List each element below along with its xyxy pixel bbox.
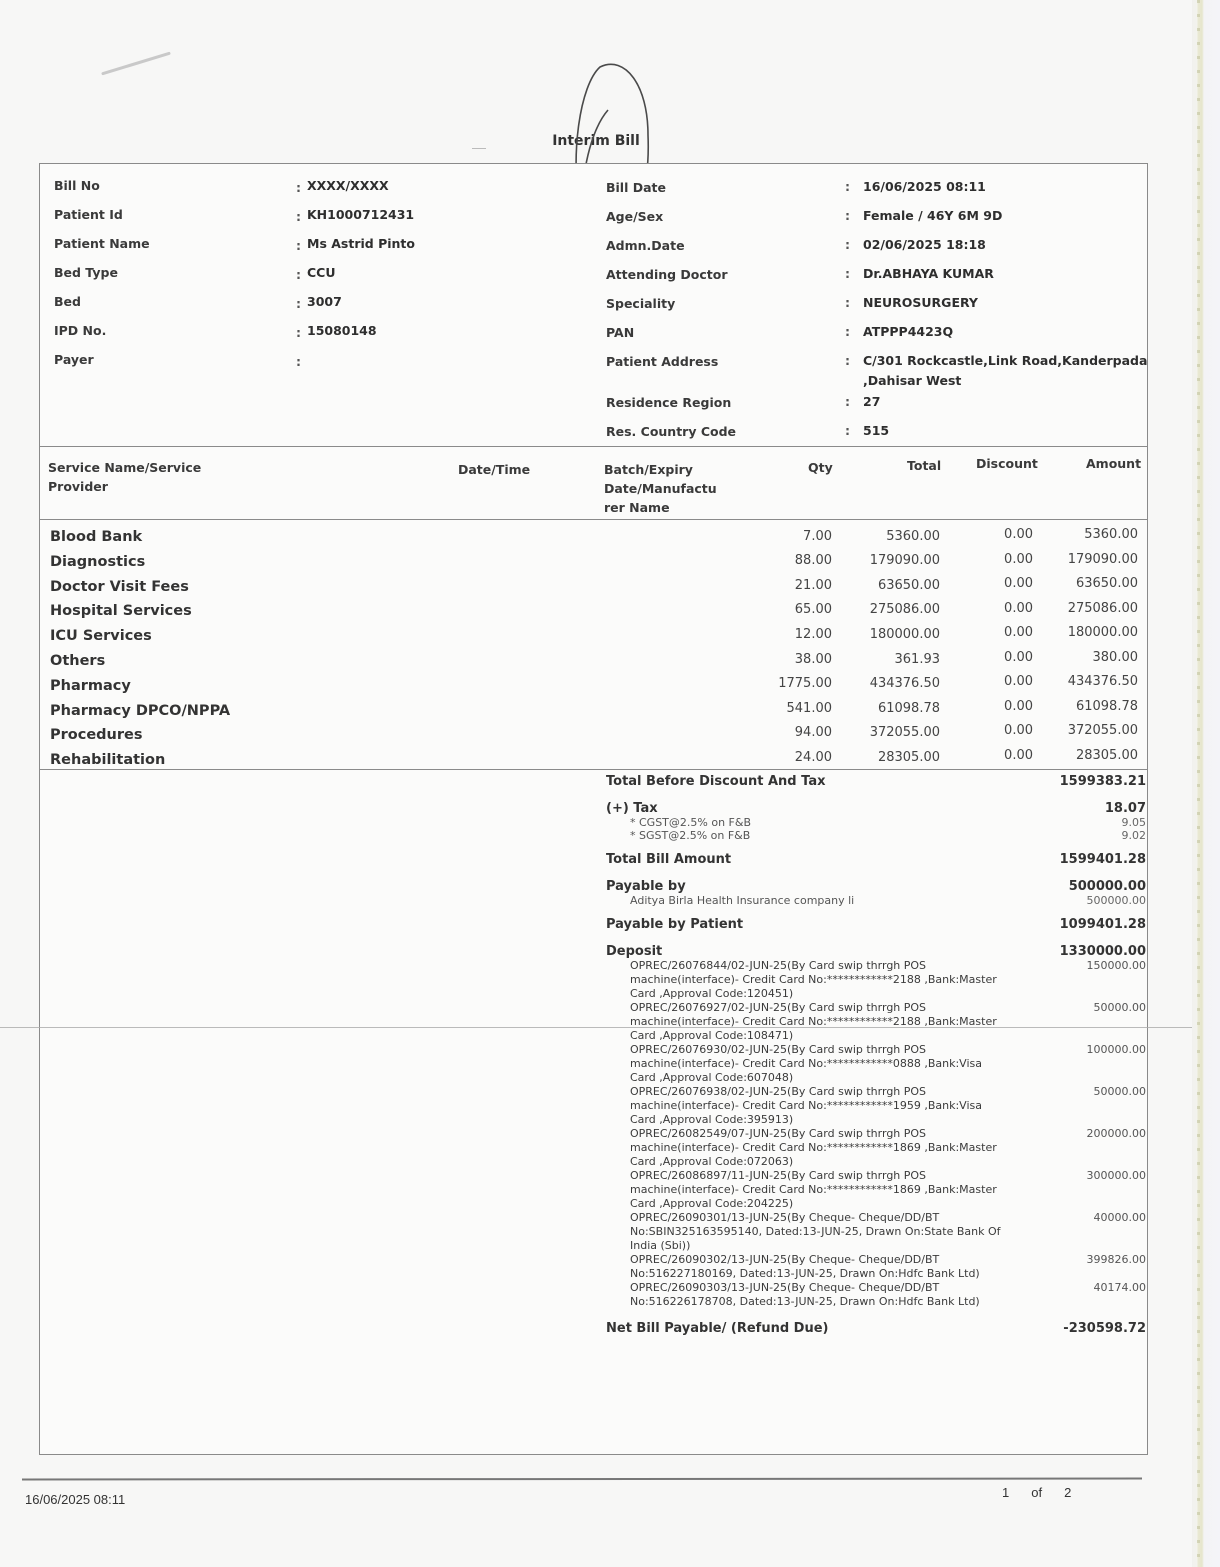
info-colon: : — [296, 267, 301, 282]
cell-qty: 7.00 — [803, 529, 832, 544]
info-colon: : — [845, 423, 850, 438]
info-colon: : — [296, 238, 301, 253]
info-value: XXXX/XXXX — [307, 178, 389, 193]
cell-amount: 28305.00 — [1076, 748, 1138, 763]
info-value: ATPPP4423Q — [863, 322, 953, 342]
table-row: Doctor Visit Fees21.0063650.000.0063650.… — [40, 577, 1147, 602]
cell-qty: 24.00 — [795, 750, 832, 765]
info-value: KH1000712431 — [307, 207, 414, 222]
page-indicator: 1of2 — [1002, 1485, 1071, 1500]
cell-total: 28305.00 — [878, 750, 940, 765]
info-label: Bill Date — [606, 180, 666, 195]
cell-total: 5360.00 — [886, 529, 940, 544]
info-label: Residence Region — [606, 395, 731, 410]
page-of: of — [1031, 1485, 1042, 1500]
cell-total: 434376.50 — [870, 676, 940, 691]
cell-discount: 0.00 — [1004, 576, 1033, 591]
table-row: Pharmacy1775.00434376.500.00434376.50 — [40, 676, 1147, 701]
info-value: 15080148 — [307, 323, 377, 338]
cell-discount: 0.00 — [1004, 748, 1033, 763]
cell-qty: 38.00 — [795, 652, 832, 667]
deposit-receipt: OPREC/26090303/13-JUN-25(By Cheque- Cheq… — [606, 1281, 1010, 1309]
col-discount: Discount — [976, 454, 1038, 473]
service-name: Blood Bank — [50, 529, 142, 545]
info-colon: : — [845, 324, 850, 339]
tax-line: * SGST@2.5% on F&B9.02 — [606, 829, 1146, 842]
table-row: Others38.00361.930.00380.00 — [40, 651, 1147, 676]
service-table: Blood Bank7.005360.000.005360.00Diagnost… — [40, 519, 1147, 770]
info-label: Admn.Date — [606, 238, 685, 253]
bill-summary: Total Before Discount And Tax1599383.21(… — [606, 774, 1146, 1336]
deposit-amount: 300000.00 — [1039, 1169, 1146, 1183]
payer-line: Aditya Birla Health Insurance company li… — [606, 894, 1146, 907]
info-colon: : — [296, 325, 301, 340]
cell-amount: 275086.00 — [1068, 601, 1138, 616]
cell-discount: 0.00 — [1004, 674, 1033, 689]
cell-discount: 0.00 — [1004, 552, 1033, 567]
info-colon: : — [845, 266, 850, 281]
cell-qty: 12.00 — [795, 627, 832, 642]
printed-timestamp: 16/06/2025 08:11 — [25, 1492, 125, 1507]
info-colon: : — [296, 180, 301, 195]
cell-discount: 0.00 — [1004, 601, 1033, 616]
cell-discount: 0.00 — [1004, 625, 1033, 640]
cell-total: 61098.78 — [878, 701, 940, 716]
deposit-amount: 100000.00 — [1039, 1043, 1146, 1057]
tax-total-value: 18.07 — [1105, 801, 1146, 816]
cell-total: 180000.00 — [870, 627, 940, 642]
cell-qty: 21.00 — [795, 578, 832, 593]
col-amount: Amount — [1086, 454, 1141, 473]
deposit-amount: 50000.00 — [1039, 1085, 1146, 1099]
info-colon: : — [845, 237, 850, 252]
info-colon: : — [845, 353, 850, 368]
col-datetime: Date/Time — [458, 460, 530, 479]
total-before-discount-label: Total Before Discount And Tax — [606, 774, 825, 789]
info-colon: : — [296, 354, 301, 369]
table-row: Diagnostics88.00179090.000.00179090.00 — [40, 552, 1147, 577]
cell-total: 179090.00 — [870, 553, 940, 568]
deposit-amount: 40174.00 — [1039, 1281, 1146, 1295]
payable-by-label: Payable by — [606, 879, 686, 894]
info-value: Female / 46Y 6M 9D — [863, 206, 1002, 226]
cell-discount: 0.00 — [1004, 699, 1033, 714]
tax-line: * CGST@2.5% on F&B9.05 — [606, 816, 1146, 829]
deposit-receipt: OPREC/26082549/07-JUN-25(By Card swip th… — [606, 1127, 1010, 1169]
table-row: Procedures94.00372055.000.00372055.00 — [40, 725, 1147, 750]
table-row: Rehabilitation24.0028305.000.0028305.00 — [40, 750, 1147, 775]
cell-amount: 380.00 — [1093, 650, 1139, 665]
service-name: Procedures — [50, 727, 143, 743]
deposit-receipt: OPREC/26090302/13-JUN-25(By Cheque- Cheq… — [606, 1253, 1010, 1281]
info-value: 27 — [863, 392, 880, 412]
deposit-receipt: OPREC/26086897/11-JUN-25(By Card swip th… — [606, 1169, 1010, 1211]
info-value: CCU — [307, 265, 336, 280]
fold-line — [0, 1027, 1192, 1028]
deposit-amount: 40000.00 — [1039, 1211, 1146, 1225]
info-colon: : — [845, 208, 850, 223]
info-label: Speciality — [606, 296, 675, 311]
service-name: Others — [50, 653, 105, 669]
info-value: 515 — [863, 421, 889, 441]
cell-total: 361.93 — [895, 652, 941, 667]
service-name: Hospital Services — [50, 603, 192, 619]
pen-mark — [101, 52, 171, 76]
info-value: 02/06/2025 18:18 — [863, 235, 986, 255]
deposit-receipt: OPREC/26076930/02-JUN-25(By Card swip th… — [606, 1043, 1010, 1085]
info-colon: : — [845, 394, 850, 409]
cell-amount: 61098.78 — [1076, 699, 1138, 714]
service-name: Diagnostics — [50, 554, 145, 570]
info-label: Patient Id — [54, 207, 123, 222]
total-before-discount-value: 1599383.21 — [1060, 774, 1146, 789]
service-name: Pharmacy DPCO/NPPA — [50, 703, 230, 719]
total-before-discount: Total Before Discount And Tax1599383.21 — [606, 774, 1146, 789]
service-name: Doctor Visit Fees — [50, 579, 189, 595]
info-value: NEUROSURGERY — [863, 293, 978, 313]
deposit-amount: 150000.00 — [1039, 959, 1146, 973]
cell-amount: 5360.00 — [1084, 527, 1138, 542]
net-bill-payable: Net Bill Payable/ (Refund Due)-230598.72 — [606, 1321, 1146, 1336]
deposit-total-label: Deposit — [606, 944, 662, 959]
bill-sheet: Bill No:XXXX/XXXXPatient Id:KH1000712431… — [39, 163, 1148, 1455]
info-value: Ms Astrid Pinto — [307, 236, 415, 251]
cell-amount: 63650.00 — [1076, 576, 1138, 591]
footer-divider — [22, 1478, 1142, 1480]
deposit-total-value: 1330000.00 — [1060, 944, 1146, 959]
cell-discount: 0.00 — [1004, 650, 1033, 665]
deposit-amount: 50000.00 — [1039, 1001, 1146, 1015]
payable-by-patient-label: Payable by Patient — [606, 917, 743, 932]
payable-by: Payable by500000.00 — [606, 879, 1146, 894]
cell-qty: 88.00 — [795, 553, 832, 568]
deposit-amount: 200000.00 — [1039, 1127, 1146, 1141]
table-row: Blood Bank7.005360.000.005360.00 — [40, 527, 1147, 552]
page-number: 1 — [1002, 1485, 1009, 1500]
cell-qty: 65.00 — [795, 602, 832, 617]
info-label: IPD No. — [54, 323, 106, 338]
info-label: Patient Name — [54, 236, 150, 251]
table-row: ICU Services12.00180000.000.00180000.00 — [40, 626, 1147, 651]
cell-discount: 0.00 — [1004, 527, 1033, 542]
deposit-amount: 399826.00 — [1039, 1253, 1146, 1267]
deposit-receipt: OPREC/26076938/02-JUN-25(By Card swip th… — [606, 1085, 1010, 1127]
info-value: 3007 — [307, 294, 342, 309]
col-batch: Batch/ExpiryDate/Manufacturer Name — [604, 460, 717, 517]
patient-info-section: Bill No:XXXX/XXXXPatient Id:KH1000712431… — [40, 164, 1147, 447]
tax-total-label: (+) Tax — [606, 801, 658, 816]
info-colon: : — [845, 179, 850, 194]
info-label: PAN — [606, 325, 634, 340]
info-label: Bed — [54, 294, 81, 309]
cell-amount: 372055.00 — [1068, 723, 1138, 738]
payable-by-patient-value: 1099401.28 — [1060, 917, 1146, 932]
cell-amount: 179090.00 — [1068, 552, 1138, 567]
info-label: Bed Type — [54, 265, 118, 280]
deposit-receipt: OPREC/26090301/13-JUN-25(By Cheque- Cheq… — [606, 1211, 1010, 1253]
info-label: Payer — [54, 352, 94, 367]
total-bill-amount-label: Total Bill Amount — [606, 852, 731, 867]
deposit-receipt: OPREC/26076844/02-JUN-25(By Card swip th… — [606, 959, 1010, 1001]
cell-total: 63650.00 — [878, 578, 940, 593]
col-service: Service Name/ServiceProvider — [48, 458, 201, 496]
info-label: Age/Sex — [606, 209, 663, 224]
info-label: Attending Doctor — [606, 267, 728, 282]
info-colon: : — [845, 295, 850, 310]
cell-amount: 180000.00 — [1068, 625, 1138, 640]
table-header: Service Name/ServiceProvider Date/Time B… — [40, 446, 1147, 520]
paper-edge — [1192, 0, 1220, 1567]
info-label: Res. Country Code — [606, 424, 736, 439]
info-value: 16/06/2025 08:11 — [863, 177, 986, 197]
deposit-receipt: OPREC/26076927/02-JUN-25(By Card swip th… — [606, 1001, 1010, 1043]
cell-qty: 541.00 — [787, 701, 833, 716]
service-name: Rehabilitation — [50, 752, 165, 768]
info-colon: : — [296, 296, 301, 311]
total-bill-amount-value: 1599401.28 — [1060, 852, 1146, 867]
cell-qty: 1775.00 — [778, 676, 832, 691]
cell-amount: 434376.50 — [1068, 674, 1138, 689]
payable-by-patient: Payable by Patient1099401.28 — [606, 917, 1146, 932]
service-name: ICU Services — [50, 628, 152, 644]
info-colon: : — [296, 209, 301, 224]
table-row: Pharmacy DPCO/NPPA541.0061098.780.006109… — [40, 701, 1147, 726]
cell-total: 275086.00 — [870, 602, 940, 617]
deposit-total: Deposit1330000.00 — [606, 944, 1146, 959]
info-label: Bill No — [54, 178, 100, 193]
service-name: Pharmacy — [50, 678, 131, 694]
cell-total: 372055.00 — [870, 725, 940, 740]
table-row: Hospital Services65.00275086.000.0027508… — [40, 601, 1147, 626]
info-label: Patient Address — [606, 354, 718, 369]
total-bill-amount: Total Bill Amount1599401.28 — [606, 852, 1146, 867]
col-total: Total — [907, 456, 941, 475]
info-value: C/301 Rockcastle,Link Road,Kanderpada,Da… — [863, 351, 1147, 391]
page-total: 2 — [1064, 1485, 1071, 1500]
tax-total: (+) Tax18.07 — [606, 801, 1146, 816]
cell-qty: 94.00 — [795, 725, 832, 740]
payable-by-value: 500000.00 — [1069, 879, 1146, 894]
cell-discount: 0.00 — [1004, 723, 1033, 738]
net-bill-payable-label: Net Bill Payable/ (Refund Due) — [606, 1321, 828, 1336]
info-value: Dr.ABHAYA KUMAR — [863, 264, 994, 284]
net-bill-payable-value: -230598.72 — [1063, 1321, 1146, 1336]
col-qty: Qty — [808, 458, 833, 477]
